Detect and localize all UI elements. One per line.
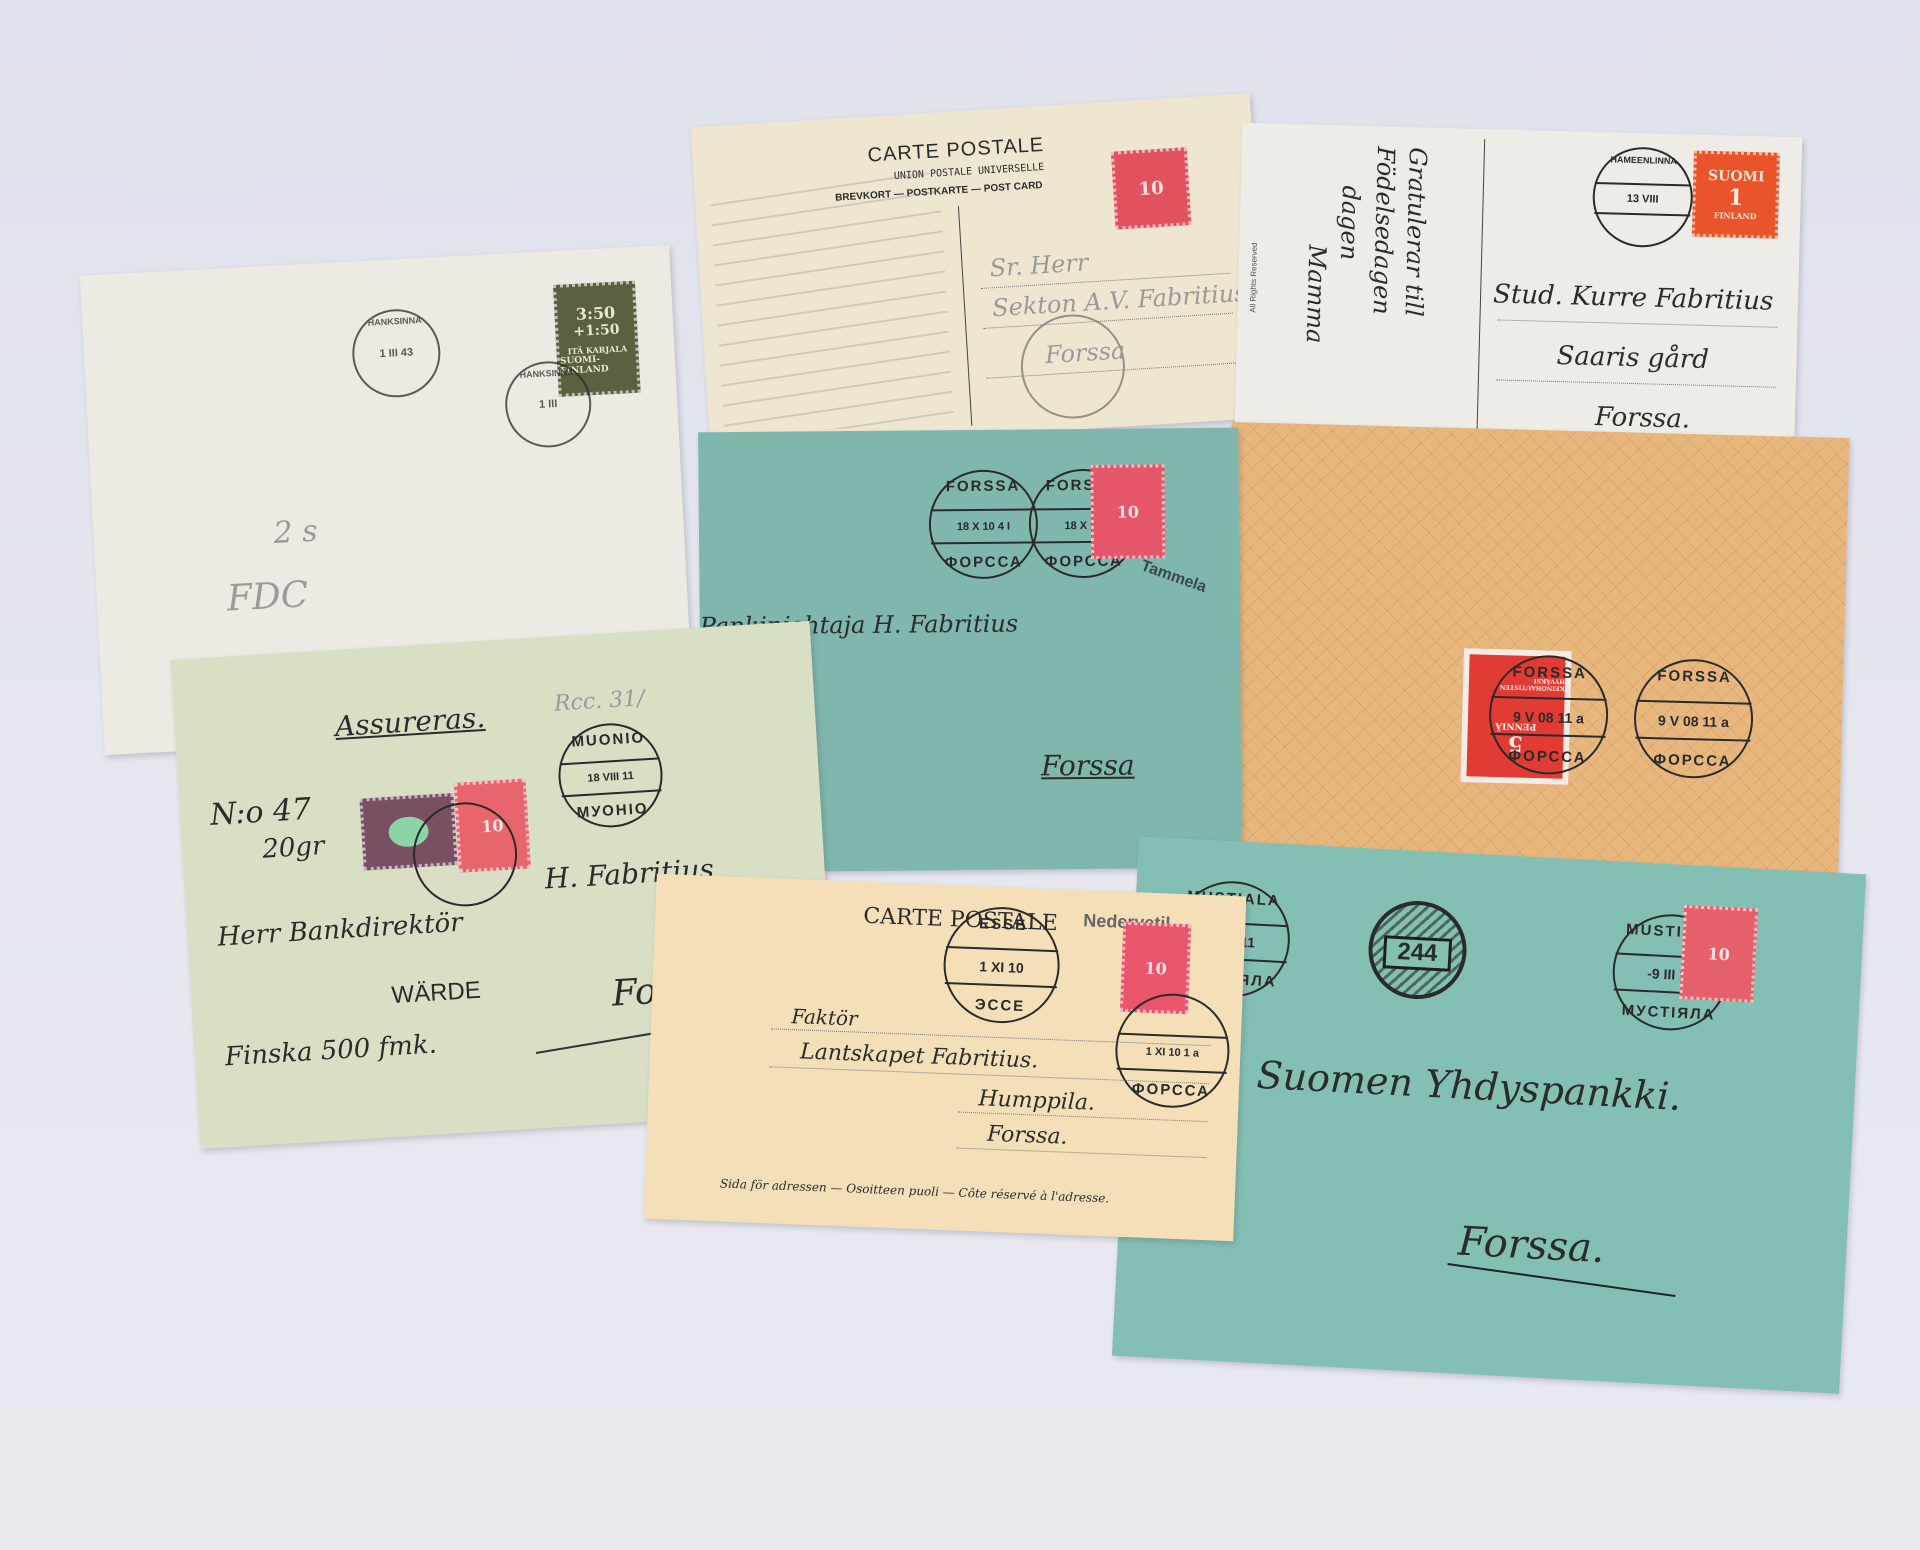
message-signature: Mamma	[1301, 244, 1332, 343]
address-line-3: Humppila.	[978, 1086, 1095, 1115]
registration-number: N:o 47	[209, 792, 312, 833]
value-note: Finska 500 fmk.	[224, 1029, 438, 1072]
message-line-3: dagen	[1335, 185, 1365, 260]
postcard-bottom: CARTE POSTALE Nedervetil ESSE 1 XI 10 ЭС…	[644, 874, 1247, 1241]
address-line-4: Forssa.	[987, 1122, 1068, 1150]
postcard-top: CARTE POSTALE UNION POSTALE UNIVERSELLE …	[691, 93, 1270, 452]
address-line-3: Forssa.	[1595, 402, 1691, 434]
tammela-cachet: Tammela	[1138, 557, 1208, 597]
address-line-1: Stud. Kurre Fabritius	[1493, 279, 1774, 316]
imperial-10-stamp: 10	[1679, 905, 1758, 1003]
address-line-2: Forssa	[1041, 749, 1135, 783]
postmark-esse: ESSE 1 XI 10 ЭССЕ	[941, 905, 1061, 1025]
addressee-bank: Suomen Yhdyspankki.	[1256, 1053, 1683, 1119]
pencil-note-2s: 2 s	[273, 514, 319, 551]
pencil-note-fdc: FDC	[226, 574, 309, 619]
postmark-hanksinna-1: HANKSINNA 1 III 43	[350, 307, 442, 399]
divider-line	[958, 206, 972, 426]
destination-forssa: Forssa.	[1457, 1219, 1606, 1273]
postmark-forssa-1: FORSSA 9 V 08 11 a ФОРССА	[1488, 654, 1610, 776]
postmark-hanksinna-2: HANKSINNA 1 III	[503, 359, 593, 449]
address-line-1: Sr. Herr	[989, 248, 1089, 282]
address-side-footer: Sida för adressen — Osoitteen puoli — Cô…	[720, 1176, 1110, 1205]
postmark-forssa-2: FORSSA 9 V 08 11 a ФОРССА	[1633, 658, 1755, 780]
printer-credit: All Rights Reserved	[1248, 242, 1259, 312]
message-line-2: Födelsedagen	[1368, 146, 1400, 315]
address-line-3: Forssa	[1044, 336, 1126, 369]
registration-weight: 20gr	[261, 831, 325, 865]
lion-1-markka-stamp: SUOMI 1 FINLAND	[1692, 151, 1780, 239]
warde-stamp: WÄRDE	[391, 977, 482, 1010]
postmark-hameenlinna: HAMEENLINNA 13 VIII	[1591, 146, 1694, 249]
corner-note: Rcc. 31/	[553, 686, 645, 716]
postmark-forssa-1: FORSSA 18 X 10 4 I ФОРССА	[928, 469, 1038, 579]
assureras-note: Assureras.	[334, 701, 486, 743]
imperial-10-stamp: 10	[1090, 464, 1165, 559]
message-line-1: Gratulerar till	[1400, 147, 1432, 317]
message-scribbles	[709, 172, 954, 436]
address-line-2: Saaris gård	[1556, 341, 1709, 375]
postmark-muonio-1: MUONIO 18 VIII 11 МУОНІО	[555, 720, 665, 830]
imperial-10-stamp: 10	[1111, 147, 1192, 229]
divider-line	[1476, 139, 1485, 459]
numeral-244-cancel: 244	[1366, 899, 1469, 1002]
address-line-1: Faktör	[791, 1004, 858, 1031]
addressee-title: Herr Bankdirektör	[217, 908, 464, 953]
